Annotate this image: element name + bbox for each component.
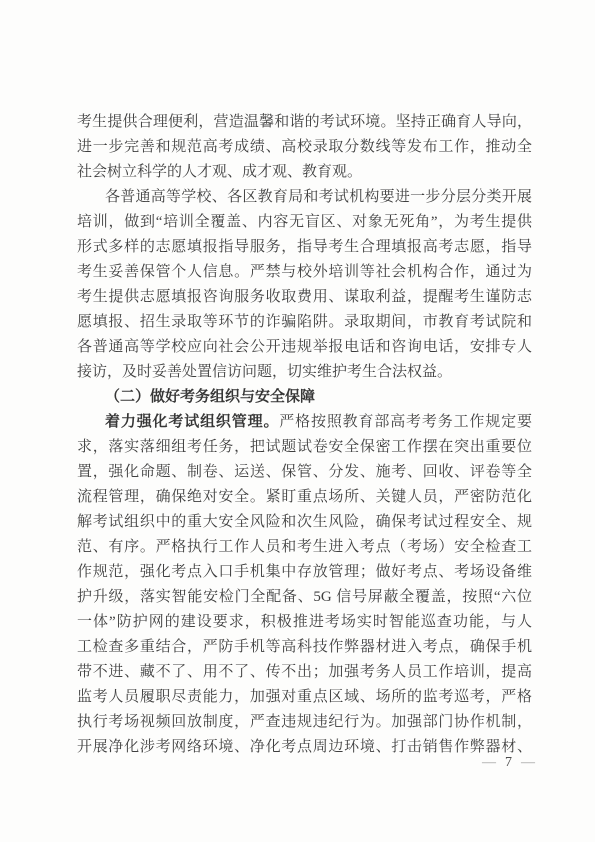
text-line: 愿填报、招生录取等环节的诈骗陷阱。录取期间，市教育考试院和 [77,310,532,335]
text-run: 作规范，强化考点入口手机集中存放管理；做好考点、考场设备维 [77,564,532,580]
text-line: 范、有序。严格执行工作人员和考生进入考点（考场）安全检查工 [77,535,532,560]
text-line: 解考试组织中的重大安全风险和次生风险，确保考试过程安全、规 [77,510,532,535]
text-run: 培训，做到“培训全覆盖、内容无盲区、对象无死角”，为考生提供 [77,214,532,230]
text-line: 工检查多重结合，严防手机等高科技作弊器材进入考点，确保手机 [77,635,532,660]
text-run: 范、有序。严格执行工作人员和考生进入考点（考场）安全检查工 [77,539,532,555]
text-run: 各普通高等学校应向社会公开违规举报电话和咨询电话，安排专人 [77,339,532,355]
text-line: 一体”防护网的建设要求，积极推进考场实时智能巡查功能，与人 [77,610,532,635]
text-line: 作规范，强化考点入口手机集中存放管理；做好考点、考场设备维 [77,560,532,585]
text-run: 接访，及时妥善处置信访问题，切实维护考生合法权益。 [77,364,452,380]
text-line: 置，强化命题、制卷、运送、保管、分发、施考、回收、评卷等全 [77,460,532,485]
text-run: 一体”防护网的建设要求，积极推进考场实时智能巡查功能，与人 [77,614,532,630]
text-run: 开展净化涉考网络环境、净化考点周边环境、打击销售作弊器材、 [77,739,532,755]
text-run: 考生提供志愿填报咨询服务收取费用、谋取利益，提醒考生谨防志 [77,289,532,305]
text-line: 着力强化考试组织管理。严格按照教育部高考考务工作规定要 [77,410,532,435]
text-line: 开展净化涉考网络环境、净化考点周边环境、打击销售作弊器材、 [77,735,532,760]
text-line: 求，落实落细组考任务，把试题试卷安全保密工作摆在突出重要位 [77,435,532,460]
text-run: 监考人员履职尽责能力，加强对重点区域、场所的监考巡考，严格 [77,689,532,705]
page-footer: —7— [482,753,535,773]
text-line: 各普通高等学校应向社会公开违规举报电话和咨询电话，安排专人 [77,335,532,360]
text-line: 考生提供合理便利，营造温馨和谐的考试环境。坚持正确育人导向， [77,110,532,135]
document-page: 考生提供合理便利，营造温馨和谐的考试环境。坚持正确育人导向，进一步完善和规范高考… [0,0,595,842]
text-line: 进一步完善和规范高考成绩、高校录取分数线等发布工作，推动全 [77,135,532,160]
text-line: 考生妥善保管个人信息。严禁与校外培训等社会机构合作，通过为 [77,260,532,285]
text-run: 严格按照教育部高考考务工作规定要 [279,414,532,430]
text-run: 工检查多重结合，严防手机等高科技作弊器材进入考点，确保手机 [77,639,532,655]
text-run: 解考试组织中的重大安全风险和次生风险，确保考试过程安全、规 [77,514,532,530]
text-line: 监考人员履职尽责能力，加强对重点区域、场所的监考巡考，严格 [77,685,532,710]
text-run: 带不进、藏不了、用不了、传不出；加强考务人员工作培训，提高 [77,664,532,680]
text-run: 置，强化命题、制卷、运送、保管、分发、施考、回收、评卷等全 [77,464,532,480]
text-run: 流程管理，确保绝对安全。紧盯重点场所、关键人员，严密防范化 [77,489,532,505]
bold-text-run: （二）做好考务组织与安全保障 [105,389,315,405]
footer-dash-right: — [521,755,535,770]
footer-page-number: 7 [505,753,512,773]
text-run: 护升级，落实智能安检门全配备、5G 信号屏蔽全覆盖，按照“六位 [77,589,532,605]
text-line: 社会树立科学的人才观、成才观、教育观。 [77,160,532,185]
text-line: 考生提供志愿填报咨询服务收取费用、谋取利益，提醒考生谨防志 [77,285,532,310]
text-run: 各普通高等学校、各区教育局和考试机构要进一步分层分类开展 [105,189,532,205]
text-run: 形式多样的志愿填报指导服务，指导考生合理填报高考志愿，指导 [77,239,532,255]
text-line: 流程管理，确保绝对安全。紧盯重点场所、关键人员，严密防范化 [77,485,532,510]
document-body: 考生提供合理便利，营造温馨和谐的考试环境。坚持正确育人导向，进一步完善和规范高考… [77,110,532,760]
text-run: 进一步完善和规范高考成绩、高校录取分数线等发布工作，推动全 [77,139,532,155]
text-line: 培训，做到“培训全覆盖、内容无盲区、对象无死角”，为考生提供 [77,210,532,235]
text-line: 执行考场视频回放制度，严查违规违纪行为。加强部门协作机制， [77,710,532,735]
text-run: 考生妥善保管个人信息。严禁与校外培训等社会机构合作，通过为 [77,264,532,280]
text-line: 各普通高等学校、各区教育局和考试机构要进一步分层分类开展 [77,185,532,210]
text-line: 护升级，落实智能安检门全配备、5G 信号屏蔽全覆盖，按照“六位 [77,585,532,610]
text-line: 形式多样的志愿填报指导服务，指导考生合理填报高考志愿，指导 [77,235,532,260]
footer-dash-left: — [482,755,496,770]
text-line: 接访，及时妥善处置信访问题，切实维护考生合法权益。 [77,360,532,385]
bold-text-run: 着力强化考试组织管理。 [105,414,279,430]
section-heading: （二）做好考务组织与安全保障 [77,385,532,410]
text-run: 考生提供合理便利，营造温馨和谐的考试环境。坚持正确育人导向， [77,114,532,130]
text-line: 带不进、藏不了、用不了、传不出；加强考务人员工作培训，提高 [77,660,532,685]
text-run: 求，落实落细组考任务，把试题试卷安全保密工作摆在突出重要位 [77,439,532,455]
text-run: 愿填报、招生录取等环节的诈骗陷阱。录取期间，市教育考试院和 [77,314,532,330]
text-run: 社会树立科学的人才观、成才观、教育观。 [77,164,362,180]
text-run: 执行考场视频回放制度，严查违规违纪行为。加强部门协作机制， [77,714,532,730]
